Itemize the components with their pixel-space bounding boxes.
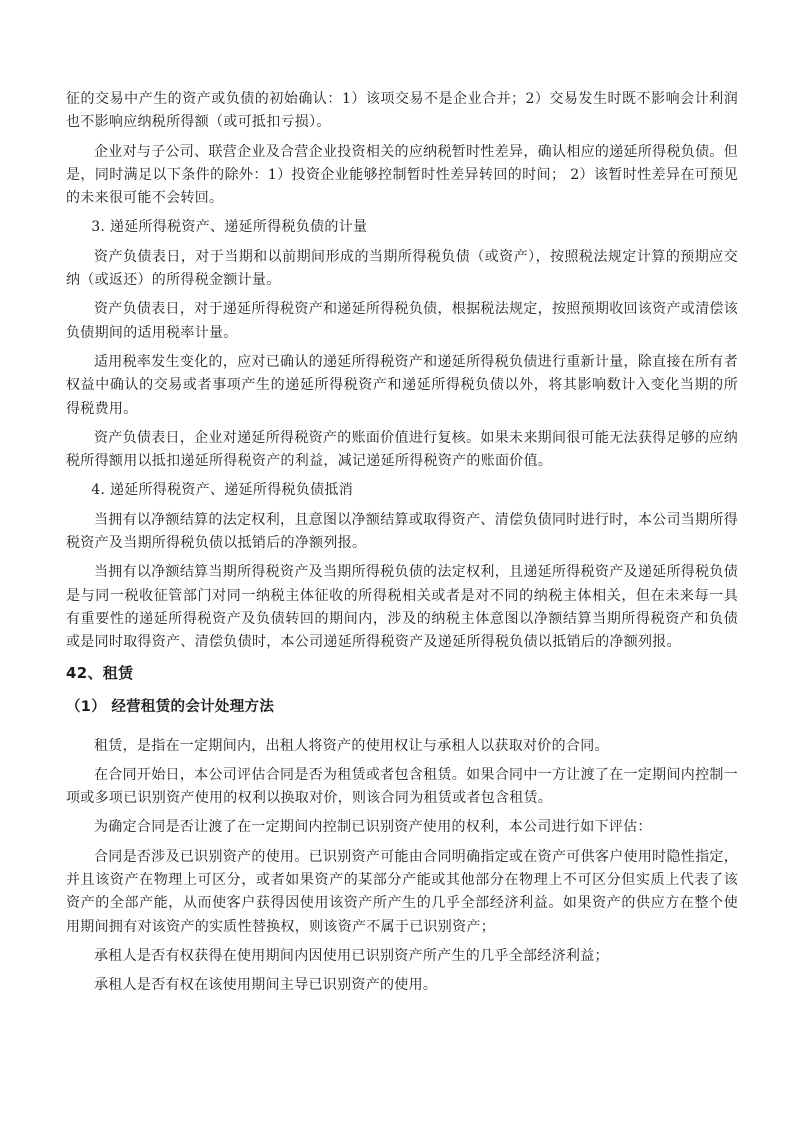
section-subheading: 3. 递延所得税资产、递延所得税负债的计量	[66, 216, 738, 239]
document-page: 征的交易中产生的资产或负债的初始确认：1）该项交易不是企业合并；2）交易发生时既…	[0, 0, 793, 1122]
paragraph: 征的交易中产生的资产或负债的初始确认：1）该项交易不是企业合并；2）交易发生时既…	[66, 88, 738, 135]
section-subheading: 4. 递延所得税资产、递延所得税负债抵消	[66, 479, 738, 502]
paragraph: 资产负债表日，对于递延所得税资产和递延所得税负债，根据税法规定，按照预期收回该资…	[66, 298, 738, 345]
document-content: 征的交易中产生的资产或负债的初始确认：1）该项交易不是企业合并；2）交易发生时既…	[66, 88, 738, 1004]
paragraph: 资产负债表日，对于当期和以前期间形成的当期所得税负债（或资产），按照税法规定计算…	[66, 246, 738, 293]
paragraph: 承租人是否有权获得在使用期间内因使用已识别资产所产生的几乎全部经济利益；	[66, 945, 738, 968]
paragraph: 合同是否涉及已识别资产的使用。已识别资产可能由合同明确指定或在资产可供客户使用时…	[66, 846, 738, 939]
section-heading: 42、租赁	[66, 661, 738, 685]
paragraph: 当拥有以净额结算当期所得税资产及当期所得税负债的法定权利，且递延所得税资产及递延…	[66, 561, 738, 654]
paragraph: 租赁，是指在一定期间内，出租人将资产的使用权让与承租人以获取对价的合同。	[66, 735, 738, 758]
paragraph: 当拥有以净额结算的法定权利，且意图以净额结算或取得资产、清偿负债同时进行时，本公…	[66, 509, 738, 556]
subsection-heading: （1） 经营租赁的会计处理方法	[66, 695, 738, 719]
paragraph: 企业对与子公司、联营企业及合营企业投资相关的应纳税暂时性差异，确认相应的递延所得…	[66, 141, 738, 211]
paragraph: 资产负债表日，企业对递延所得税资产的账面价值进行复核。如果未来期间很可能无法获得…	[66, 427, 738, 474]
paragraph: 承租人是否有权在该使用期间主导已识别资产的使用。	[66, 974, 738, 997]
paragraph: 适用税率发生变化的，应对已确认的递延所得税资产和递延所得税负债进行重新计量，除直…	[66, 351, 738, 421]
paragraph: 在合同开始日，本公司评估合同是否为租赁或者包含租赁。如果合同中一方让渡了在一定期…	[66, 764, 738, 811]
paragraph: 为确定合同是否让渡了在一定期间内控制已识别资产使用的权利，本公司进行如下评估：	[66, 816, 738, 839]
